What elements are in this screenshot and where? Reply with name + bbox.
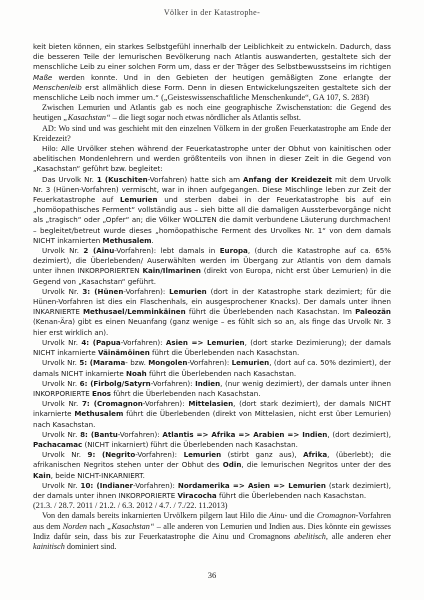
text-segment: Asien => Lemurien bbox=[166, 338, 245, 347]
paragraph-conclusion: Von den damals bereits inkarnierten Urvö… bbox=[33, 511, 391, 552]
text-segment: 7: (Cromagnon bbox=[82, 399, 143, 408]
text-segment: Atlantis => Afrika => Arabien => Indien bbox=[162, 430, 327, 439]
text-segment: führt die Überlebenden nach Kasachstan. bbox=[217, 491, 366, 500]
text-segment: und die bbox=[287, 511, 317, 520]
text-segment: Urvolk Nr. bbox=[42, 379, 80, 388]
text-segment: . bbox=[152, 236, 154, 245]
text-segment: Methusalem bbox=[103, 236, 152, 245]
text-segment: Afrika bbox=[303, 450, 327, 459]
paragraph-zwischenstation: Zwischen Lemurien und Atlantis gab es no… bbox=[33, 103, 391, 123]
text-segment: Lemurien bbox=[232, 358, 270, 367]
text-segment: keit bieten können, ein starkes Selbstge… bbox=[33, 42, 391, 71]
text-segment: Europa bbox=[220, 246, 248, 255]
text-segment: Urvolk Nr. bbox=[42, 481, 81, 490]
text-segment: 9: (Negrito bbox=[88, 450, 136, 459]
page-number: 36 bbox=[0, 570, 424, 580]
text-segment: Urvolk Nr. bbox=[42, 358, 79, 367]
text-segment: (21.3. / 28.7. 2011 / 21.2. / 6.3. 2012 … bbox=[33, 501, 228, 510]
paragraph-dates: (21.3. / 28.7. 2011 / 21.2. / 6.3. 2012 … bbox=[33, 501, 391, 511]
text-segment: Urvolk Nr. bbox=[42, 399, 82, 408]
paragraph-urvolk-4: Urvolk Nr. 4: (Papua-Vorfahren): Asien =… bbox=[33, 338, 391, 358]
paragraph-ad-question: AD: Wo sind und was geschieht mit den ei… bbox=[33, 124, 391, 144]
text-segment: dominiert sind. bbox=[65, 542, 117, 551]
text-segment: Lemurien bbox=[184, 450, 222, 459]
text-segment: Das Urvolk Nr. bbox=[42, 175, 97, 184]
text-segment: Enos bbox=[92, 389, 111, 398]
text-segment: 10: (Indianer bbox=[81, 481, 134, 490]
text-segment: Mittelasien bbox=[188, 399, 233, 408]
page-body: keit bieten können, ein starkes Selbstge… bbox=[33, 42, 391, 552]
paragraph-urvolk-7: Urvolk Nr. 7: (Cromagnon-Vorfahren): Mit… bbox=[33, 399, 391, 430]
text-segment: 2 (Ainu bbox=[83, 246, 114, 255]
text-segment: („Geisteswissenschaftliche Menschenkunde… bbox=[161, 93, 369, 102]
paragraph-urvolk-5: Urvolk Nr. 5: (Marama- bzw. Mongolen-Vor… bbox=[33, 358, 391, 378]
text-segment: führt die Überlebenden nach Kasachstan. bbox=[150, 348, 299, 357]
text-segment: (Kenan-Ära) gibt es einen Neuanfang (gan… bbox=[33, 317, 391, 336]
text-segment: Noah bbox=[126, 369, 147, 378]
paragraph-urvolk-9: Urvolk Nr. 9: (Negrito-Vorfahren): Lemur… bbox=[33, 450, 391, 481]
text-segment: Pachacamac bbox=[33, 440, 82, 449]
text-segment: nach bbox=[87, 522, 107, 531]
paragraph-continuation-quote: keit bieten können, ein starkes Selbstge… bbox=[33, 42, 391, 103]
text-segment: -Vorfahren): bbox=[133, 481, 178, 490]
text-segment: 3: (Hünen bbox=[82, 287, 123, 296]
text-segment: - bzw. bbox=[125, 358, 148, 367]
text-segment: 4: (Papua bbox=[81, 338, 120, 347]
text-segment: Methusael/Lemminkäinen bbox=[83, 307, 186, 316]
text-segment: Urvolk Nr. bbox=[42, 287, 82, 296]
paragraph-hilo-answer: Hilo: Alle Urvölker stehen während der F… bbox=[33, 144, 391, 175]
text-segment: Indien bbox=[195, 379, 220, 388]
text-segment: -Vorfahren): lebt damals in bbox=[114, 246, 219, 255]
text-segment: Ainu- bbox=[269, 511, 287, 520]
text-segment: Methusalem bbox=[74, 409, 123, 418]
text-segment: (NICHT inkarniert) führt die Überlebende… bbox=[82, 440, 298, 449]
text-segment: Menschenleib bbox=[33, 83, 82, 92]
text-segment: Viracocha bbox=[177, 491, 216, 500]
text-segment: Maße bbox=[33, 73, 52, 82]
running-header: Völker in der Katastrophe- bbox=[0, 8, 424, 17]
paragraph-urvolk-3: Urvolk Nr. 3: (Hünen-Vorfahren): Lemurie… bbox=[33, 287, 391, 338]
text-segment: , beide NICHT-INKARNIERT. bbox=[51, 471, 145, 480]
text-segment: -Vorfahren): bbox=[151, 379, 195, 388]
paragraph-urvolk-6: Urvolk Nr. 6: (Firbolg/Satyrn-Vorfahren)… bbox=[33, 379, 391, 399]
text-segment: Urvolk Nr. bbox=[42, 450, 88, 459]
text-segment: „Kasachstan“ bbox=[63, 113, 110, 122]
text-segment: 6: (Firbolg/Satyrn bbox=[80, 379, 151, 388]
text-segment: Von den damals bereits inkarnierten Urvö… bbox=[42, 511, 269, 520]
text-segment: – die liegt sogar noch etwas nördlicher … bbox=[111, 113, 301, 122]
text-segment: Anfang der Kreidezeit bbox=[243, 175, 332, 184]
document-page: Völker in der Katastrophe- keit bieten k… bbox=[0, 0, 424, 600]
text-segment: führt die Überlebenden nach Kasachstan. bbox=[147, 369, 296, 378]
paragraph-urvolk-10: Urvolk Nr. 10: (Indianer-Vorfahren): Nor… bbox=[33, 481, 391, 501]
text-segment: Lemurien bbox=[169, 287, 207, 296]
paragraph-urvolk-8: Urvolk Nr. 8: (Bantu-Vorfahren): Atlanti… bbox=[33, 430, 391, 450]
text-segment: kainitisch bbox=[33, 542, 65, 551]
text-segment: führt die Überlebenden nach Kasachstan. … bbox=[186, 307, 355, 316]
text-segment: 1 (Kuschiten bbox=[97, 175, 148, 184]
text-segment: 8: (Bantu bbox=[80, 430, 118, 439]
text-segment: Urvolk Nr. bbox=[42, 338, 81, 347]
text-segment: führt die Überlebenden nach Kasachstan. bbox=[111, 389, 260, 398]
text-segment: Kain/Ilmarinen bbox=[142, 266, 200, 275]
text-segment: , alle anderen eher bbox=[326, 532, 391, 541]
text-segment: -Vorfahren): bbox=[123, 287, 169, 296]
text-segment: Paleozän bbox=[355, 307, 391, 316]
text-segment: -Vorfahren): bbox=[135, 450, 183, 459]
text-segment: 5: (Marama bbox=[79, 358, 125, 367]
text-segment: Väinämöinen bbox=[98, 348, 150, 357]
text-segment: -Vorfahren): bbox=[187, 358, 231, 367]
text-segment: „Kasachstan“ bbox=[107, 522, 154, 531]
text-segment: Hilo: Alle Urvölker stehen während der F… bbox=[33, 144, 391, 173]
text-segment: , (dort dezimiert), bbox=[327, 430, 391, 439]
text-segment: abelitisch bbox=[294, 532, 326, 541]
text-segment: Odin bbox=[223, 460, 242, 469]
text-segment: Kain bbox=[33, 471, 51, 480]
text-segment: Cromagnon- bbox=[317, 511, 359, 520]
text-segment: -Vorfahren): bbox=[121, 338, 166, 347]
text-segment: , die lemurischen Negritos unter der des bbox=[241, 460, 391, 469]
paragraph-urvolk-1: Das Urvolk Nr. 1 (Kuschiten-Vorfahren) h… bbox=[33, 175, 391, 246]
text-segment: Urvolk Nr. bbox=[42, 430, 80, 439]
text-segment: Mongolen bbox=[148, 358, 187, 367]
text-segment: -Vorfahren): bbox=[118, 430, 163, 439]
text-segment: Norden bbox=[63, 522, 87, 531]
text-segment: -Vorfahren): bbox=[143, 399, 189, 408]
text-segment: (stirbt ganz aus), bbox=[221, 450, 303, 459]
text-segment: werden konnte. Und in den Gebieten der h… bbox=[52, 73, 391, 82]
text-segment: AD: Wo sind und was geschieht mit den ei… bbox=[33, 124, 391, 143]
paragraph-urvolk-2: Urvolk Nr. 2 (Ainu-Vorfahren): lebt dama… bbox=[33, 246, 391, 287]
text-segment: Urvolk Nr. bbox=[42, 246, 83, 255]
text-segment: Lemurien bbox=[120, 195, 158, 204]
text-segment: -Vorfahren) hatte sich am bbox=[148, 175, 243, 184]
text-segment: Nordamerika => Asien => Lemurien bbox=[178, 481, 326, 490]
